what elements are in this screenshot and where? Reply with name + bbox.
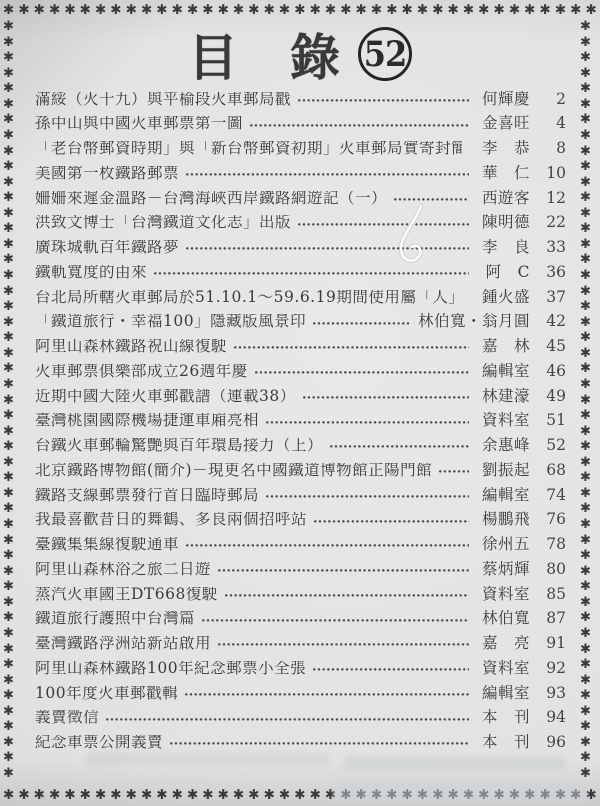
entry-author: 余惠峰 <box>478 438 530 454</box>
entry-title: 義賣徵信 <box>35 710 99 726</box>
asterisk-glyph: ✱ <box>3 689 19 702</box>
entry-author: 林伯寬 <box>478 611 530 627</box>
entry-page-number: 68 <box>537 463 566 479</box>
asterisk-glyph: ✱ <box>3 720 19 733</box>
entry-title: 台北局所轄火車郵局於51.10.1～59.6.19期間使用屬「人」日戳 <box>35 290 462 306</box>
asterisk-glyph: ✱ <box>371 787 382 803</box>
entry-page-number: 74 <box>537 488 566 504</box>
asterisk-glyph: ✱ <box>264 2 275 18</box>
entry-page-number: 37 <box>537 290 566 306</box>
toc-entry: 蒸汽火車國王DT668復駛 資料室 85 <box>35 582 566 607</box>
asterisk-glyph: ✱ <box>3 176 19 189</box>
asterisk-glyph: ✱ <box>580 596 596 609</box>
entry-page-number: 10 <box>537 166 566 182</box>
asterisk-glyph: ✱ <box>126 787 137 803</box>
asterisk-glyph: ✱ <box>3 425 19 438</box>
asterisk-glyph: ✱ <box>580 549 596 562</box>
asterisk-glyph: ✱ <box>3 580 19 593</box>
entry-author: 林建濠 <box>478 389 530 405</box>
toc-entry: 北京鐵路博物館(簡介)－現更名中國鐵道博物館正陽門館 劉振起 68 <box>35 458 566 483</box>
entry-author: 資料室 <box>478 587 530 603</box>
dot-leader <box>218 569 469 572</box>
asterisk-glyph: ✱ <box>580 751 596 764</box>
asterisk-glyph: ✱ <box>3 787 14 803</box>
entry-page-number: 93 <box>537 686 566 702</box>
watermark-smudge <box>344 755 566 770</box>
asterisk-glyph: ✱ <box>325 787 336 803</box>
asterisk-glyph: ✱ <box>126 2 137 18</box>
asterisk-glyph: ✱ <box>580 253 596 266</box>
asterisk-glyph: ✱ <box>3 253 19 266</box>
asterisk-glyph: ✱ <box>402 2 413 18</box>
toc-entry: 臺鐵集集線復駛通車 徐州五 78 <box>35 533 566 558</box>
entry-title: 「鐵道旅行・幸福100」隱藏版風景印 <box>35 314 306 330</box>
asterisk-glyph: ✱ <box>294 2 305 18</box>
asterisk-glyph: ✱ <box>580 176 596 189</box>
asterisk-glyph: ✱ <box>3 643 19 656</box>
entry-author: 徐州五 <box>478 537 530 553</box>
dot-leader <box>186 173 469 176</box>
asterisk-glyph: ✱ <box>3 378 19 391</box>
asterisk-glyph: ✱ <box>494 787 505 803</box>
asterisk-glyph: ✱ <box>580 440 596 453</box>
asterisk-glyph: ✱ <box>580 456 596 469</box>
entry-title: 阿里山森林鐵路100年紀念郵票小全張 <box>35 661 306 677</box>
asterisk-glyph: ✱ <box>580 394 596 407</box>
asterisk-glyph: ✱ <box>233 787 244 803</box>
asterisk-glyph: ✱ <box>580 191 596 204</box>
dot-leader <box>266 495 469 498</box>
scan-artifact-hair-icon <box>388 203 438 273</box>
entry-author: 編輯室 <box>478 686 530 702</box>
asterisk-glyph: ✱ <box>580 502 596 515</box>
toc-entry: 「鐵道旅行・幸福100」隱藏版風景印 林伯寬・翁月圓 42 <box>35 310 566 335</box>
entry-title: 我最喜歡昔日的舞鶴、多良兩個招呼站 <box>35 512 307 528</box>
entry-page-number: 87 <box>537 611 566 627</box>
entry-page-number: 94 <box>537 710 566 726</box>
toc-entry: 阿里山森林鐵路100年紀念郵票小全張 資料室 92 <box>35 656 566 681</box>
asterisk-glyph: ✱ <box>3 300 19 313</box>
entry-page-number: 33 <box>537 240 566 256</box>
asterisk-glyph: ✱ <box>580 658 596 671</box>
asterisk-glyph: ✱ <box>356 2 367 18</box>
asterisk-glyph: ✱ <box>509 2 520 18</box>
entry-title: 滿綏（火十九）與平榆段火車郵局戳 <box>35 92 291 108</box>
entry-page-number: 42 <box>537 314 566 330</box>
entry-page-number: 12 <box>537 191 566 207</box>
asterisk-glyph: ✱ <box>34 787 45 803</box>
asterisk-glyph: ✱ <box>371 2 382 18</box>
entry-author: 本 刊 <box>478 735 530 751</box>
entry-page-number: 51 <box>537 413 566 429</box>
asterisk-glyph: ✱ <box>509 787 520 803</box>
asterisk-glyph: ✱ <box>3 736 19 749</box>
asterisk-glyph: ✱ <box>3 705 19 718</box>
dot-leader <box>330 445 469 448</box>
asterisk-glyph: ✱ <box>3 674 19 687</box>
toc-entry: 近期中國大陸火車郵戳譜（連載38） 林建濠 49 <box>35 384 566 409</box>
asterisk-glyph: ✱ <box>3 767 19 780</box>
asterisk-border-left: ✱✱✱✱✱✱✱✱✱✱✱✱✱✱✱✱✱✱✱✱✱✱✱✱✱✱✱✱✱✱✱✱✱✱✱✱✱✱✱✱… <box>3 20 19 780</box>
page-title: 目 錄 <box>188 18 341 90</box>
asterisk-glyph: ✱ <box>432 787 443 803</box>
asterisk-glyph: ✱ <box>580 36 596 49</box>
entry-author: 編輯室 <box>478 488 530 504</box>
asterisk-glyph: ✱ <box>156 2 167 18</box>
issue-number: 52 <box>364 33 407 74</box>
asterisk-glyph: ✱ <box>580 534 596 547</box>
asterisk-glyph: ✱ <box>580 145 596 158</box>
asterisk-glyph: ✱ <box>580 98 596 111</box>
asterisk-glyph: ✱ <box>580 425 596 438</box>
asterisk-glyph: ✱ <box>356 787 367 803</box>
dot-leader <box>250 124 469 127</box>
asterisk-glyph: ✱ <box>202 787 213 803</box>
asterisk-glyph: ✱ <box>448 787 459 803</box>
asterisk-glyph: ✱ <box>95 2 106 18</box>
asterisk-glyph: ✱ <box>3 269 19 282</box>
asterisk-glyph: ✱ <box>49 787 60 803</box>
page-header: 目 錄 52 <box>0 18 600 90</box>
entry-title: 100年度火車郵戳輯 <box>35 686 178 702</box>
asterisk-glyph: ✱ <box>64 787 75 803</box>
toc-entry: 紀念車票公開義賣 本 刊 96 <box>35 731 566 756</box>
asterisk-glyph: ✱ <box>432 2 443 18</box>
entry-author: 資料室 <box>478 413 530 429</box>
asterisk-glyph: ✱ <box>580 51 596 64</box>
entry-page-number: 78 <box>537 537 566 553</box>
asterisk-glyph: ✱ <box>18 787 29 803</box>
dot-leader <box>234 346 469 349</box>
asterisk-glyph: ✱ <box>49 2 60 18</box>
asterisk-glyph: ✱ <box>3 362 19 375</box>
asterisk-glyph: ✱ <box>539 787 550 803</box>
asterisk-glyph: ✱ <box>340 787 351 803</box>
asterisk-glyph: ✱ <box>3 191 19 204</box>
asterisk-glyph: ✱ <box>463 787 474 803</box>
entry-title: 鐵道旅行護照中台灣篇 <box>35 611 195 627</box>
asterisk-glyph: ✱ <box>3 549 19 562</box>
issue-number-badge: 52 <box>358 27 412 81</box>
toc-entry: 孫中山與中國火車郵票第一圖 金喜旺 4 <box>35 112 566 137</box>
asterisk-glyph: ✱ <box>3 347 19 360</box>
toc-entry: 鐵路支線郵票發行首日臨時郵局 編輯室 74 <box>35 483 566 508</box>
asterisk-glyph: ✱ <box>3 534 19 547</box>
asterisk-glyph: ✱ <box>310 2 321 18</box>
asterisk-glyph: ✱ <box>3 285 19 298</box>
dot-leader <box>266 421 469 424</box>
entry-author: 編輯室 <box>478 364 530 380</box>
toc-entry: 鐵軌寬度的由來 阿 C 36 <box>35 260 566 285</box>
asterisk-glyph: ✱ <box>3 611 19 624</box>
entry-author: 何輝慶 <box>478 92 530 108</box>
asterisk-glyph: ✱ <box>580 331 596 344</box>
asterisk-glyph: ✱ <box>3 627 19 640</box>
entry-title: 孫中山與中國火車郵票第一圖 <box>35 116 243 132</box>
asterisk-glyph: ✱ <box>580 113 596 126</box>
asterisk-glyph: ✱ <box>580 689 596 702</box>
entry-author: 蔡炳輝 <box>478 562 530 578</box>
asterisk-glyph: ✱ <box>279 2 290 18</box>
asterisk-glyph: ✱ <box>141 2 152 18</box>
entry-author: 華 仁 <box>478 166 530 182</box>
asterisk-glyph: ✱ <box>3 751 19 764</box>
asterisk-glyph: ✱ <box>233 2 244 18</box>
entry-title: 姍姍來遲金溫路－台灣海峽西岸鐵路網遊記（一） <box>35 191 387 207</box>
toc-entry: 阿里山森林浴之旅二日遊 蔡炳輝 80 <box>35 557 566 582</box>
entry-title: 廣珠城軌百年鐵路夢 <box>35 240 179 256</box>
asterisk-glyph: ✱ <box>386 2 397 18</box>
asterisk-glyph: ✱ <box>80 2 91 18</box>
asterisk-glyph: ✱ <box>340 2 351 18</box>
entry-page-number: 96 <box>537 735 566 751</box>
asterisk-glyph: ✱ <box>3 565 19 578</box>
asterisk-glyph: ✱ <box>580 378 596 391</box>
entry-title: 臺灣鐵路浮洲站新站啟用 <box>35 636 211 652</box>
dot-leader <box>298 223 469 226</box>
asterisk-glyph: ✱ <box>580 129 596 142</box>
asterisk-glyph: ✱ <box>95 787 106 803</box>
entry-author: 鍾火盛 <box>478 290 530 306</box>
entry-author: 林伯寬・翁月圓 <box>418 314 530 330</box>
entry-author: 金喜旺 <box>478 116 530 132</box>
asterisk-glyph: ✱ <box>3 67 19 80</box>
entry-title: 台鐵火車郵輪驚艷與百年環島接力（上） <box>35 438 323 454</box>
asterisk-glyph: ✱ <box>141 787 152 803</box>
asterisk-glyph: ✱ <box>478 787 489 803</box>
asterisk-glyph: ✱ <box>310 787 321 803</box>
toc-list: 滿綏（火十九）與平榆段火車郵局戳 何輝慶 2 孫中山與中國火車郵票第一圖 金喜旺… <box>35 87 566 755</box>
entry-author: 阿 C <box>478 265 530 281</box>
asterisk-glyph: ✱ <box>524 2 535 18</box>
entry-page-number: 45 <box>537 339 566 355</box>
asterisk-glyph: ✱ <box>580 347 596 360</box>
toc-entry: 洪致文博士「台灣鐵道文化志」出版 陳明德 22 <box>35 211 566 236</box>
asterisk-glyph: ✱ <box>3 20 19 33</box>
asterisk-glyph: ✱ <box>580 471 596 484</box>
dot-leader <box>303 396 469 399</box>
asterisk-glyph: ✱ <box>172 787 183 803</box>
asterisk-border-top: ✱✱✱✱✱✱✱✱✱✱✱✱✱✱✱✱✱✱✱✱✱✱✱✱✱✱✱✱✱✱✱✱✱✱✱✱✱✱✱ <box>3 2 597 18</box>
asterisk-glyph: ✱ <box>580 518 596 531</box>
asterisk-glyph: ✱ <box>463 2 474 18</box>
dot-leader <box>298 99 469 102</box>
entry-author: 嘉 林 <box>478 339 530 355</box>
entry-title: 紀念車票公開義賣 <box>35 735 163 751</box>
asterisk-glyph: ✱ <box>580 160 596 173</box>
entry-author: 李 良 <box>478 240 530 256</box>
asterisk-glyph: ✱ <box>64 2 75 18</box>
asterisk-glyph: ✱ <box>580 611 596 624</box>
entry-title: 「老台幣郵資時期」與「新台幣郵資初期」火車郵局實寄封簡介 <box>35 141 462 157</box>
asterisk-glyph: ✱ <box>248 2 259 18</box>
asterisk-glyph: ✱ <box>3 316 19 329</box>
toc-entry: 義賣徵信 本 刊 94 <box>35 706 566 731</box>
entry-author: 陳明德 <box>478 215 530 231</box>
dot-leader <box>186 544 469 547</box>
asterisk-glyph: ✱ <box>555 2 566 18</box>
asterisk-glyph: ✱ <box>555 787 566 803</box>
entry-author: 嘉 亮 <box>478 636 530 652</box>
entry-author: 本 刊 <box>478 710 530 726</box>
entry-page-number: 2 <box>537 92 566 108</box>
asterisk-glyph: ✱ <box>187 787 198 803</box>
asterisk-glyph: ✱ <box>585 787 596 803</box>
asterisk-glyph: ✱ <box>580 736 596 749</box>
asterisk-glyph: ✱ <box>34 2 45 18</box>
asterisk-glyph: ✱ <box>248 787 259 803</box>
toc-entry: 100年度火車郵戳輯 編輯室 93 <box>35 681 566 706</box>
asterisk-glyph: ✱ <box>580 82 596 95</box>
toc-entry: 台鐵火車郵輪驚艷與百年環島接力（上） 余惠峰 52 <box>35 434 566 459</box>
entry-page-number: 85 <box>537 587 566 603</box>
entry-title: 臺灣桃園國際機場捷運車廂亮相 <box>35 413 259 429</box>
asterisk-glyph: ✱ <box>580 300 596 313</box>
toc-entry: 臺灣桃園國際機場捷運車廂亮相 資料室 51 <box>35 409 566 434</box>
asterisk-glyph: ✱ <box>218 2 229 18</box>
entry-title: 阿里山森林鐵路祝山線復駛 <box>35 339 227 355</box>
asterisk-glyph: ✱ <box>580 316 596 329</box>
entry-title: 洪致文博士「台灣鐵道文化志」出版 <box>35 215 291 231</box>
toc-entry: 鐵道旅行護照中台灣篇 林伯寬 87 <box>35 607 566 632</box>
toc-entry: 臺灣鐵路浮洲站新站啟用 嘉 亮 91 <box>35 632 566 657</box>
asterisk-glyph: ✱ <box>580 627 596 640</box>
toc-entry: 姍姍來遲金溫路－台灣海峽西岸鐵路網遊記（一） 西遊客 12 <box>35 186 566 211</box>
asterisk-glyph: ✱ <box>264 787 275 803</box>
asterisk-glyph: ✱ <box>187 2 198 18</box>
asterisk-glyph: ✱ <box>3 2 14 18</box>
asterisk-glyph: ✱ <box>539 2 550 18</box>
dot-leader <box>170 742 469 745</box>
entry-page-number: 92 <box>537 661 566 677</box>
entry-page-number: 91 <box>537 636 566 652</box>
asterisk-glyph: ✱ <box>325 2 336 18</box>
asterisk-glyph: ✱ <box>3 51 19 64</box>
asterisk-glyph: ✱ <box>3 518 19 531</box>
toc-entry: 廣珠城軌百年鐵路夢 李 良 33 <box>35 236 566 261</box>
entry-author: 資料室 <box>478 661 530 677</box>
asterisk-glyph: ✱ <box>580 20 596 33</box>
asterisk-glyph: ✱ <box>3 238 19 251</box>
dot-leader <box>314 520 469 523</box>
entry-title: 北京鐵路博物館(簡介)－現更名中國鐵道博物館正陽門館 <box>35 463 432 479</box>
asterisk-glyph: ✱ <box>3 658 19 671</box>
toc-entry: 美國第一枚鐵路郵票 華 仁 10 <box>35 161 566 186</box>
toc-entry: 火車郵票俱樂部成立26週年慶 編輯室 46 <box>35 359 566 384</box>
dot-leader <box>313 322 409 325</box>
asterisk-glyph: ✱ <box>478 2 489 18</box>
asterisk-glyph: ✱ <box>580 362 596 375</box>
asterisk-glyph: ✱ <box>580 674 596 687</box>
dot-leader <box>218 643 469 646</box>
asterisk-glyph: ✱ <box>3 160 19 173</box>
asterisk-glyph: ✱ <box>3 471 19 484</box>
asterisk-glyph: ✱ <box>3 207 19 220</box>
entry-author: 李 恭 <box>478 141 530 157</box>
asterisk-glyph: ✱ <box>156 787 167 803</box>
entry-author: 楊鵬飛 <box>478 512 530 528</box>
asterisk-glyph: ✱ <box>3 456 19 469</box>
entry-page-number: 36 <box>537 265 566 281</box>
asterisk-glyph: ✱ <box>218 787 229 803</box>
entry-title: 鐵軌寬度的由來 <box>35 265 147 281</box>
toc-entry: 滿綏（火十九）與平榆段火車郵局戳 何輝慶 2 <box>35 87 566 112</box>
dot-leader <box>394 198 469 201</box>
asterisk-glyph: ✱ <box>3 409 19 422</box>
asterisk-glyph: ✱ <box>3 222 19 235</box>
entry-title: 美國第一枚鐵路郵票 <box>35 166 179 182</box>
dot-leader <box>439 470 469 473</box>
asterisk-border-bottom: ✱✱✱✱✱✱✱✱✱✱✱✱✱✱✱✱✱✱✱✱✱✱✱✱✱✱✱✱✱✱✱✱✱✱✱✱✱✱✱ <box>3 787 597 803</box>
entry-title: 阿里山森林浴之旅二日遊 <box>35 562 211 578</box>
asterisk-glyph: ✱ <box>3 596 19 609</box>
entry-page-number: 46 <box>537 364 566 380</box>
dot-leader <box>185 693 469 696</box>
asterisk-glyph: ✱ <box>402 787 413 803</box>
asterisk-glyph: ✱ <box>580 285 596 298</box>
asterisk-glyph: ✱ <box>580 720 596 733</box>
asterisk-glyph: ✱ <box>3 394 19 407</box>
asterisk-glyph: ✱ <box>80 787 91 803</box>
entry-page-number: 22 <box>537 215 566 231</box>
asterisk-glyph: ✱ <box>580 67 596 80</box>
asterisk-glyph: ✱ <box>580 487 596 500</box>
entry-page-number: 49 <box>537 389 566 405</box>
dot-leader <box>255 371 469 374</box>
entry-page-number: 52 <box>537 438 566 454</box>
asterisk-glyph: ✱ <box>580 565 596 578</box>
toc-entry: 台北局所轄火車郵局於51.10.1～59.6.19期間使用屬「人」日戳 鍾火盛 … <box>35 285 566 310</box>
dot-leader <box>202 619 469 622</box>
asterisk-glyph: ✱ <box>294 787 305 803</box>
entry-title: 蒸汽火車國王DT668復駛 <box>35 587 218 603</box>
dot-leader <box>225 594 469 597</box>
asterisk-glyph: ✱ <box>494 2 505 18</box>
asterisk-glyph: ✱ <box>386 787 397 803</box>
asterisk-glyph: ✱ <box>3 98 19 111</box>
entry-title: 臺鐵集集線復駛通車 <box>35 537 179 553</box>
asterisk-border-right: ✱✱✱✱✱✱✱✱✱✱✱✱✱✱✱✱✱✱✱✱✱✱✱✱✱✱✱✱✱✱✱✱✱✱✱✱✱✱✱✱… <box>580 20 596 780</box>
entry-page-number: 4 <box>537 116 566 132</box>
entry-author: 西遊客 <box>478 191 530 207</box>
toc-entry: 阿里山森林鐵路祝山線復駛 嘉 林 45 <box>35 335 566 360</box>
entry-page-number: 80 <box>537 562 566 578</box>
asterisk-glyph: ✱ <box>417 787 428 803</box>
asterisk-glyph: ✱ <box>580 705 596 718</box>
dot-leader <box>106 718 469 721</box>
asterisk-glyph: ✱ <box>110 787 121 803</box>
asterisk-glyph: ✱ <box>580 643 596 656</box>
entry-page-number: 8 <box>537 141 566 157</box>
asterisk-glyph: ✱ <box>580 580 596 593</box>
asterisk-glyph: ✱ <box>110 2 121 18</box>
asterisk-glyph: ✱ <box>580 207 596 220</box>
asterisk-glyph: ✱ <box>3 129 19 142</box>
asterisk-glyph: ✱ <box>3 502 19 515</box>
asterisk-glyph: ✱ <box>3 82 19 95</box>
entry-title: 近期中國大陸火車郵戳譜（連載38） <box>35 389 296 405</box>
asterisk-glyph: ✱ <box>570 2 581 18</box>
asterisk-glyph: ✱ <box>417 2 428 18</box>
asterisk-glyph: ✱ <box>3 145 19 158</box>
asterisk-glyph: ✱ <box>580 269 596 282</box>
asterisk-glyph: ✱ <box>3 487 19 500</box>
asterisk-glyph: ✱ <box>279 787 290 803</box>
asterisk-glyph: ✱ <box>3 331 19 344</box>
toc-page: ✱✱✱✱✱✱✱✱✱✱✱✱✱✱✱✱✱✱✱✱✱✱✱✱✱✱✱✱✱✱✱✱✱✱✱✱✱✱✱ … <box>0 0 600 806</box>
toc-entry: 「老台幣郵資時期」與「新台幣郵資初期」火車郵局實寄封簡介 李 恭 8 <box>35 137 566 162</box>
asterisk-glyph: ✱ <box>580 222 596 235</box>
